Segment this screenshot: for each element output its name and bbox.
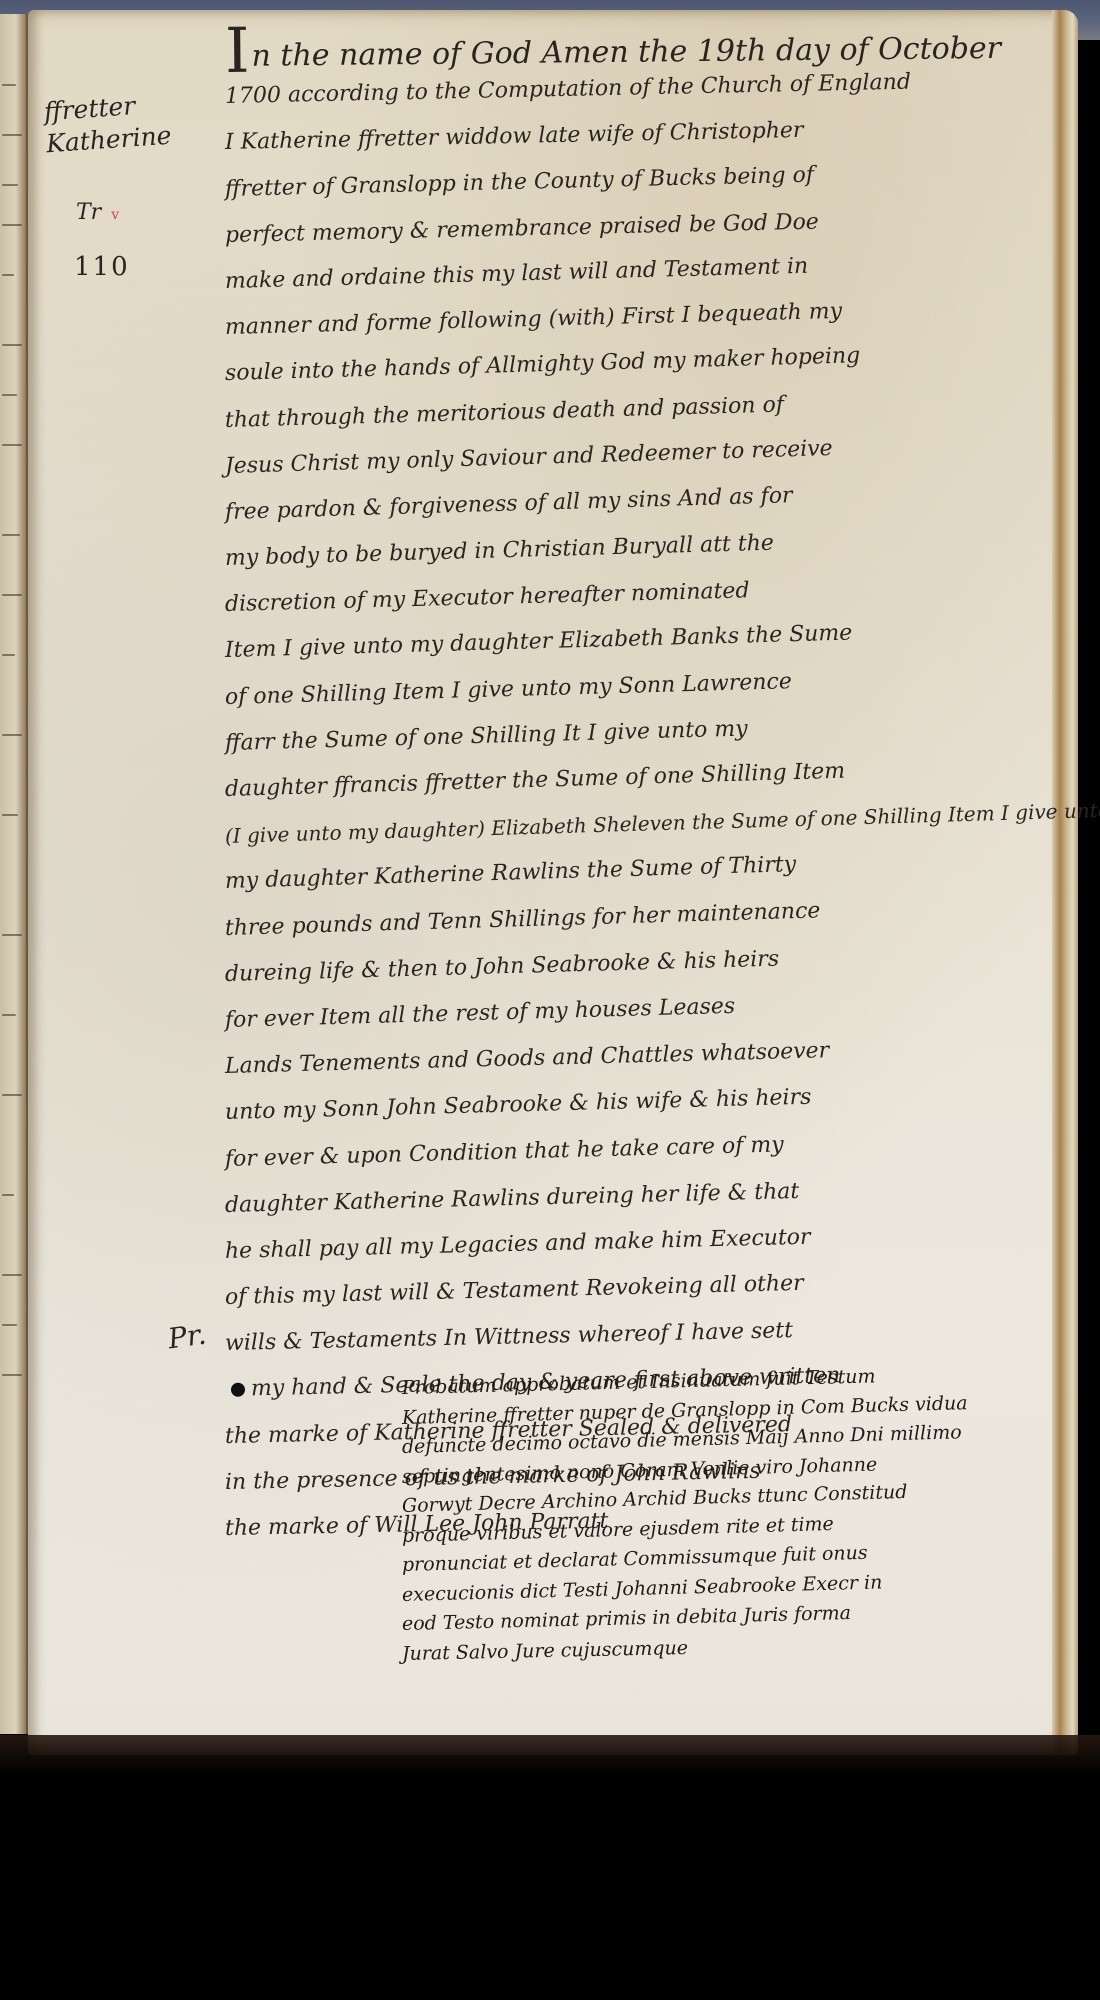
- probate-clause: Probatum approbatum et Insinuatum fuit T…: [402, 1374, 1052, 1669]
- bleed-ink: [2, 534, 20, 536]
- probate-margin-mark: Pr.: [166, 1318, 208, 1356]
- tick-mark-text: Tr: [76, 200, 101, 225]
- bleed-ink: [2, 344, 22, 346]
- bleed-ink: [2, 394, 17, 396]
- bleed-ink: [2, 1374, 22, 1376]
- bleed-ink: [2, 1324, 17, 1326]
- red-check-mark: v: [111, 207, 119, 223]
- wax-seal-dot: [231, 1383, 245, 1397]
- page-fore-edge: [1052, 10, 1078, 1755]
- scan-background-bottom: [0, 1735, 1100, 1775]
- bleed-ink: [2, 184, 18, 186]
- bleed-ink: [2, 934, 22, 936]
- bleed-ink: [2, 274, 14, 276]
- bleed-ink: [2, 1194, 14, 1196]
- margin-testator-name: ffretter Katherine: [43, 88, 173, 161]
- bleed-ink: [2, 734, 22, 736]
- bleed-ink: [2, 444, 22, 446]
- facing-page-edge: [0, 14, 28, 1734]
- bleed-ink: [2, 1274, 22, 1276]
- bleed-ink: [2, 594, 22, 596]
- bleed-ink: [2, 1094, 22, 1096]
- bleed-ink: [2, 814, 18, 816]
- bleed-ink: [2, 134, 22, 136]
- folio-number: 110: [74, 252, 130, 282]
- bleed-ink: [2, 224, 22, 226]
- bleed-ink: [2, 84, 16, 86]
- bleed-ink: [2, 1014, 16, 1016]
- margin-tick-mark: Trv: [76, 200, 119, 225]
- bleed-ink: [2, 654, 15, 656]
- will-text: In the name of God Amen the 19th day of …: [225, 28, 1055, 1552]
